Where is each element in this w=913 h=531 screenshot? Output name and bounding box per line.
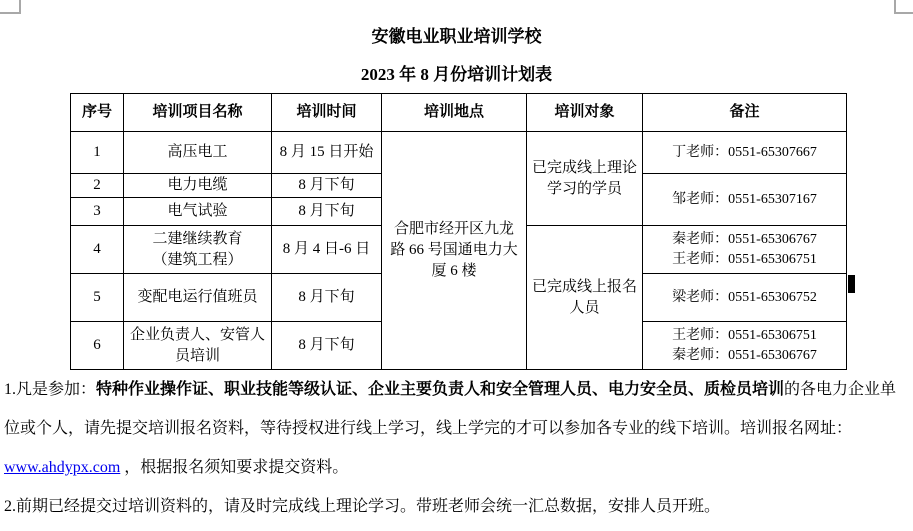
remark-cell: 秦老师：0551-65306767 王老师：0551-65306751 bbox=[643, 226, 847, 274]
table-row-handle bbox=[848, 275, 855, 293]
note-paragraph-2: 2.前期已经提交过培训资料的，请及时完成线上理论学习。带班老师会统一汇总数据，安… bbox=[4, 487, 910, 526]
table-row: 1 高压电工 8 月 15 日开始 合肥市经开区九龙 路 66 号国通电力大 厦… bbox=[71, 132, 847, 174]
header-cell-audience: 培训对象 bbox=[527, 94, 643, 132]
header-cell-location: 培训地点 bbox=[382, 94, 527, 132]
remark-cell: 丁老师：0551-65307667 bbox=[643, 132, 847, 174]
seq-cell: 3 bbox=[71, 198, 124, 226]
note-paragraph-1: 1.凡是参加：特种作业操作证、职业技能等级认证、企业主要负责人和安全管理人员、电… bbox=[4, 370, 910, 487]
project-name-cell: 变配电运行值班员 bbox=[124, 274, 272, 322]
seq-cell: 1 bbox=[71, 132, 124, 174]
page-boundary-mark-top-left bbox=[0, 0, 21, 14]
seq-cell: 4 bbox=[71, 226, 124, 274]
page-title: 安徽电业职业培训学校 bbox=[0, 22, 913, 47]
time-cell: 8 月下旬 bbox=[272, 174, 382, 198]
time-cell: 8 月下旬 bbox=[272, 198, 382, 226]
note1-suffix: ，根据报名须知要求提交资料。 bbox=[120, 459, 348, 476]
seq-cell: 6 bbox=[71, 322, 124, 370]
seq-cell: 2 bbox=[71, 174, 124, 198]
project-name-cell: 二建继续教育 （建筑工程） bbox=[124, 226, 272, 274]
header-cell-seq: 序号 bbox=[71, 94, 124, 132]
page-subtitle: 2023 年 8 月份培训计划表 bbox=[0, 60, 913, 85]
header-cell-project: 培训项目名称 bbox=[124, 94, 272, 132]
remark-cell: 王老师：0551-65306751 秦老师：0551-65306767 bbox=[643, 322, 847, 370]
note1-prefix: 1.凡是参加： bbox=[4, 381, 96, 398]
header-cell-time: 培训时间 bbox=[272, 94, 382, 132]
time-cell: 8 月下旬 bbox=[272, 274, 382, 322]
audience-cell-signup: 已完成线上报名 人员 bbox=[527, 226, 643, 370]
table-header-row: 序号 培训项目名称 培训时间 培训地点 培训对象 备注 bbox=[71, 94, 847, 132]
remark-cell: 梁老师：0551-65306752 bbox=[643, 274, 847, 322]
note1-bold-text: 特种作业操作证、职业技能等级认证、企业主要负责人和安全管理人员、电力安全员、质检… bbox=[96, 381, 784, 398]
notes-section: 1.凡是参加：特种作业操作证、职业技能等级认证、企业主要负责人和安全管理人员、电… bbox=[4, 370, 910, 526]
registration-website-link[interactable]: www.ahdypx.com bbox=[4, 459, 120, 476]
location-cell: 合肥市经开区九龙 路 66 号国通电力大 厦 6 楼 bbox=[382, 132, 527, 370]
project-name-cell: 电力电缆 bbox=[124, 174, 272, 198]
project-name-cell: 高压电工 bbox=[124, 132, 272, 174]
remark-cell: 邹老师：0551-65307167 bbox=[643, 174, 847, 226]
training-plan-table: 序号 培训项目名称 培训时间 培训地点 培训对象 备注 1 高压电工 8 月 1… bbox=[70, 93, 847, 370]
seq-cell: 5 bbox=[71, 274, 124, 322]
audience-cell-theory: 已完成线上理论 学习的学员 bbox=[527, 132, 643, 226]
project-name-cell: 企业负责人、安管人 员培训 bbox=[124, 322, 272, 370]
time-cell: 8 月 15 日开始 bbox=[272, 132, 382, 174]
page-boundary-mark-top-right bbox=[894, 0, 913, 14]
project-name-cell: 电气试验 bbox=[124, 198, 272, 226]
header-cell-remark: 备注 bbox=[643, 94, 847, 132]
time-cell: 8 月 4 日-6 日 bbox=[272, 226, 382, 274]
document-page: { "page": { "title": "安徽电业职业培训学校", "subt… bbox=[0, 0, 913, 531]
time-cell: 8 月下旬 bbox=[272, 322, 382, 370]
